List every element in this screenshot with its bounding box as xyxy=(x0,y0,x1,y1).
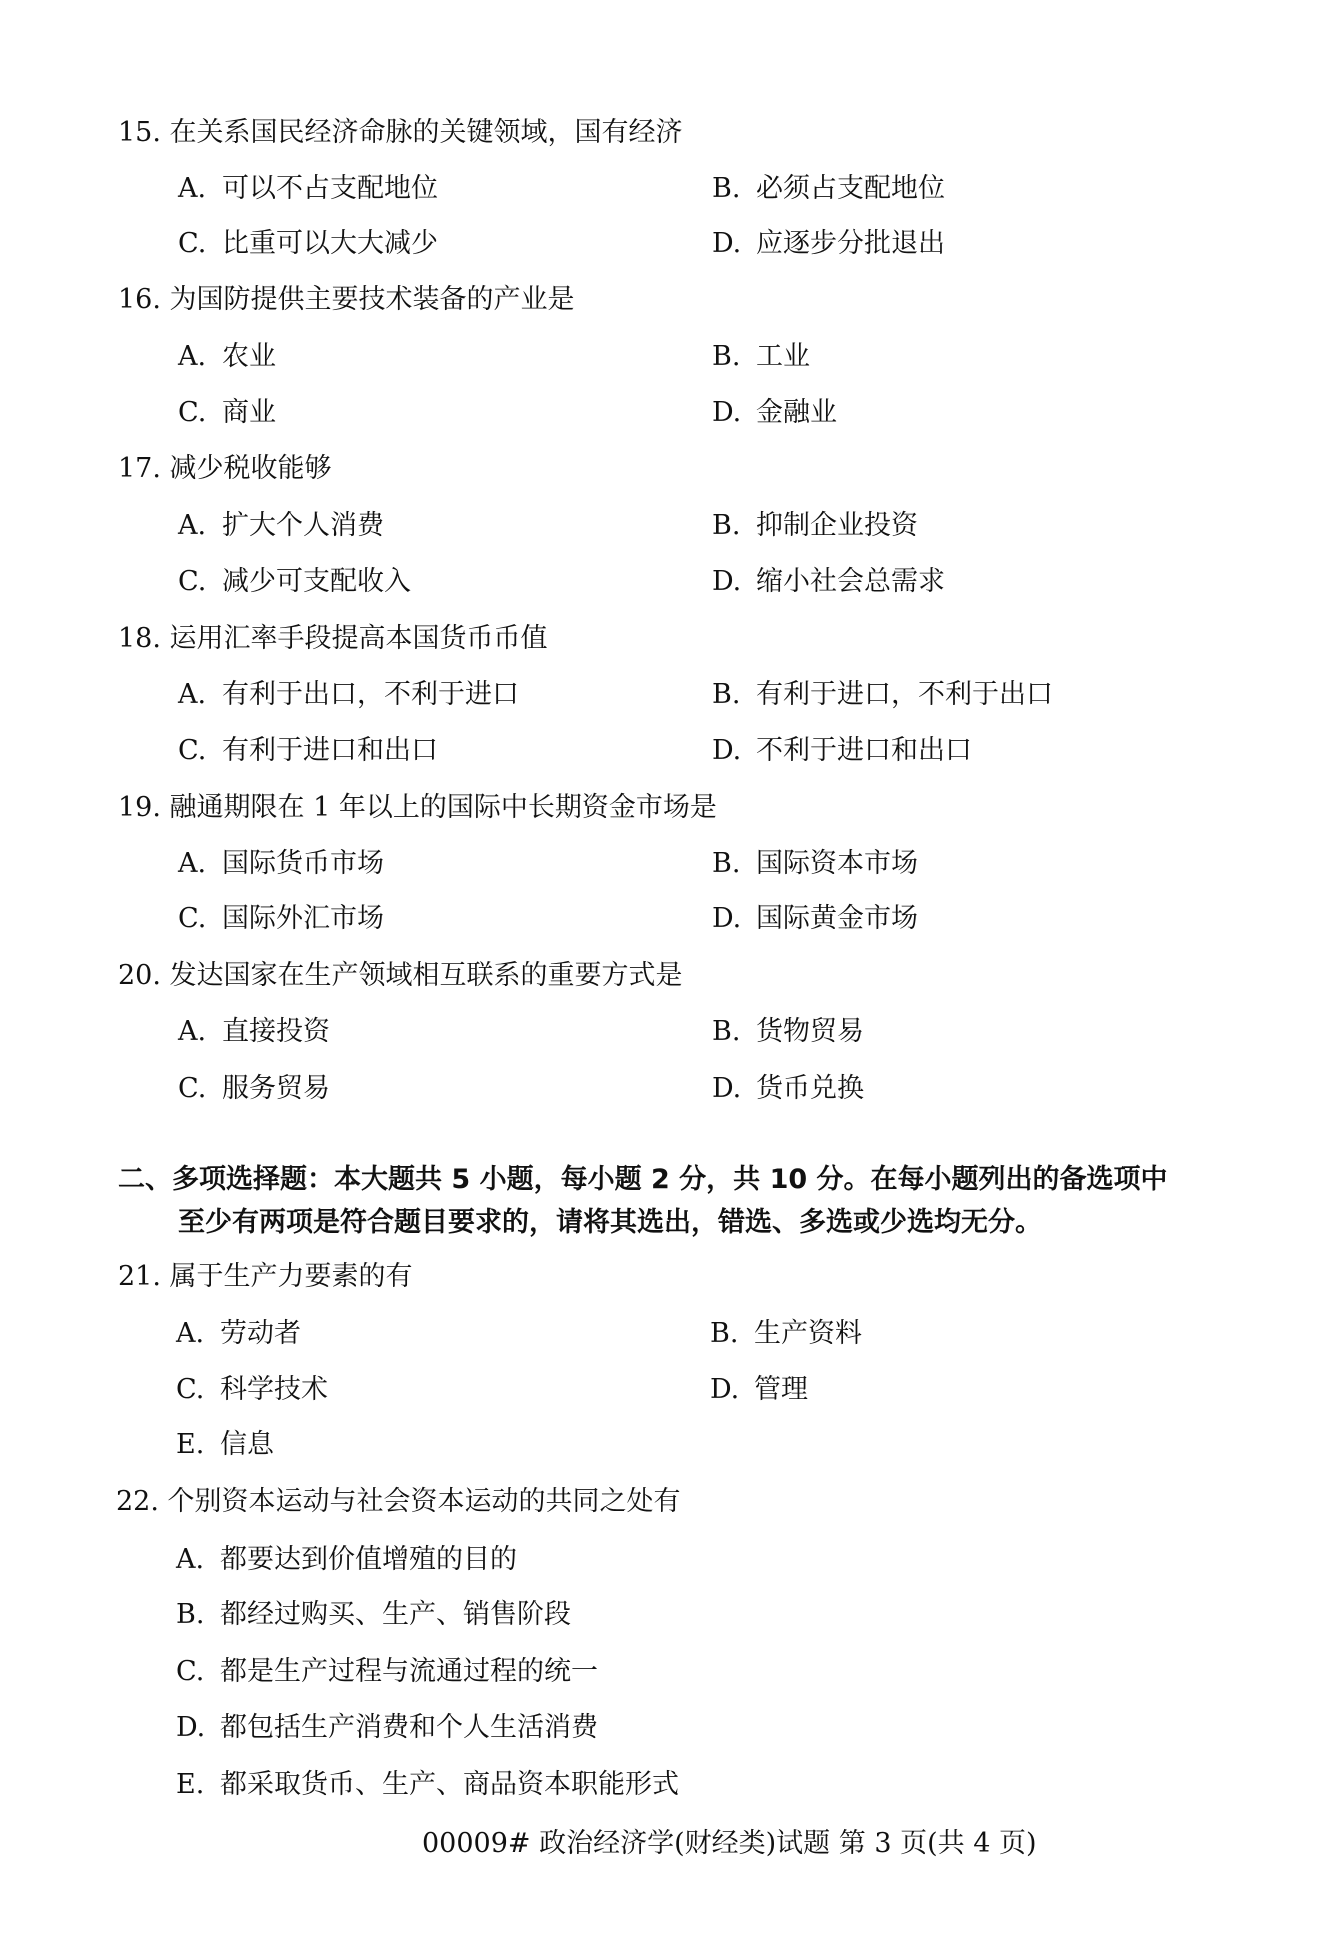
q15-option-b: B.必须占支配地位 xyxy=(712,172,945,206)
q16-option-b: B.工业 xyxy=(712,340,810,374)
option-text: 直接投资 xyxy=(222,1016,330,1047)
option-text: 科学技术 xyxy=(220,1374,328,1405)
option-label: D. xyxy=(712,734,756,768)
option-label: A. xyxy=(178,172,222,206)
option-label: D. xyxy=(712,396,756,430)
option-text: 减少可支配收入 xyxy=(222,566,411,597)
question-18-stem: 18. 运用汇率手段提高本国货币币值 xyxy=(118,622,548,656)
option-text: 必须占支配地位 xyxy=(756,173,945,204)
option-label: A. xyxy=(176,1317,220,1351)
q16-option-d: D.金融业 xyxy=(712,396,837,430)
option-text: 扩大个人消费 xyxy=(222,510,384,541)
option-label: E. xyxy=(176,1428,220,1462)
q21-option-e: E.信息 xyxy=(176,1428,274,1462)
option-label: D. xyxy=(712,902,756,936)
option-text: 商业 xyxy=(222,397,276,428)
q20-option-c: C.服务贸易 xyxy=(178,1072,330,1106)
option-text: 抑制企业投资 xyxy=(756,510,918,541)
q22-option-b: B.都经过购买、生产、销售阶段 xyxy=(176,1598,571,1632)
option-label: C. xyxy=(178,227,222,261)
q21-option-a: A.劳动者 xyxy=(176,1317,301,1351)
option-text: 都采取货币、生产、商品资本职能形式 xyxy=(220,1769,679,1800)
q15-option-c: C.比重可以大大减少 xyxy=(178,227,438,261)
q21-option-d: D.管理 xyxy=(710,1373,808,1407)
q19-option-a: A.国际货币市场 xyxy=(178,847,384,881)
option-text: 应逐步分批退出 xyxy=(756,228,945,259)
option-label: B. xyxy=(176,1598,220,1632)
question-15-stem: 15. 在关系国民经济命脉的关键领域，国有经济 xyxy=(118,116,683,150)
option-label: B. xyxy=(712,340,756,374)
option-label: B. xyxy=(712,678,756,712)
option-text: 都是生产过程与流通过程的统一 xyxy=(220,1656,598,1687)
option-text: 有利于出口，不利于进口 xyxy=(222,679,519,710)
option-label: A. xyxy=(176,1543,220,1577)
option-text: 都经过购买、生产、销售阶段 xyxy=(220,1599,571,1630)
option-label: B. xyxy=(712,172,756,206)
q16-option-a: A.农业 xyxy=(178,340,276,374)
q17-option-d: D.缩小社会总需求 xyxy=(712,565,945,599)
q17-option-b: B.抑制企业投资 xyxy=(712,509,918,543)
q18-option-d: D.不利于进口和出口 xyxy=(712,734,972,768)
q18-option-a: A.有利于出口，不利于进口 xyxy=(178,678,519,712)
q20-option-b: B.货物贸易 xyxy=(712,1015,864,1049)
option-label: C. xyxy=(176,1655,220,1689)
option-text: 农业 xyxy=(222,341,276,372)
q22-option-a: A.都要达到价值增殖的目的 xyxy=(176,1543,517,1577)
option-text: 国际黄金市场 xyxy=(756,903,918,934)
q22-option-d: D.都包括生产消费和个人生活消费 xyxy=(176,1711,598,1745)
question-22-stem: 22. 个别资本运动与社会资本运动的共同之处有 xyxy=(116,1485,681,1519)
page-footer: 00009# 政治经济学(财经类)试题 第 3 页(共 4 页) xyxy=(422,1827,1037,1861)
question-17-stem: 17. 减少税收能够 xyxy=(118,452,332,486)
option-text: 工业 xyxy=(756,341,810,372)
q15-option-d: D.应逐步分批退出 xyxy=(712,227,945,261)
option-label: D. xyxy=(710,1373,754,1407)
option-text: 国际外汇市场 xyxy=(222,903,384,934)
option-text: 缩小社会总需求 xyxy=(756,566,945,597)
option-label: B. xyxy=(712,1015,756,1049)
question-21-stem: 21. 属于生产力要素的有 xyxy=(118,1260,413,1294)
option-text: 劳动者 xyxy=(220,1318,301,1349)
section-heading-line2: 至少有两项是符合题目要求的，请将其选出，错选、多选或少选均无分。 xyxy=(178,1206,1042,1240)
option-text: 货币兑换 xyxy=(756,1073,864,1104)
q19-option-b: B.国际资本市场 xyxy=(712,847,918,881)
option-label: D. xyxy=(712,227,756,261)
q20-option-a: A.直接投资 xyxy=(178,1015,330,1049)
question-19-stem: 19. 融通期限在 1 年以上的国际中长期资金市场是 xyxy=(118,791,717,825)
option-label: A. xyxy=(178,1015,222,1049)
question-number: 17. xyxy=(118,453,161,484)
q19-option-c: C.国际外汇市场 xyxy=(178,902,384,936)
option-label: A. xyxy=(178,847,222,881)
option-text: 信息 xyxy=(220,1429,274,1460)
option-label: A. xyxy=(178,678,222,712)
option-label: B. xyxy=(712,509,756,543)
question-text: 减少税收能够 xyxy=(170,453,332,484)
q22-option-c: C.都是生产过程与流通过程的统一 xyxy=(176,1655,598,1689)
question-text: 属于生产力要素的有 xyxy=(170,1261,413,1292)
question-number: 15. xyxy=(118,117,161,148)
option-label: D. xyxy=(712,565,756,599)
option-text: 生产资料 xyxy=(754,1318,862,1349)
section-heading-line1: 二、多项选择题：本大题共 5 小题，每小题 2 分，共 10 分。在每小题列出的… xyxy=(118,1163,1168,1197)
option-text: 金融业 xyxy=(756,397,837,428)
option-text: 有利于进口和出口 xyxy=(222,735,438,766)
q17-option-c: C.减少可支配收入 xyxy=(178,565,411,599)
question-16-stem: 16. 为国防提供主要技术装备的产业是 xyxy=(118,283,575,317)
option-text: 不利于进口和出口 xyxy=(756,735,972,766)
question-text: 个别资本运动与社会资本运动的共同之处有 xyxy=(168,1486,681,1517)
q20-option-d: D.货币兑换 xyxy=(712,1072,864,1106)
q17-option-a: A.扩大个人消费 xyxy=(178,509,384,543)
q21-option-c: C.科学技术 xyxy=(176,1373,328,1407)
option-label: C. xyxy=(178,902,222,936)
option-text: 都要达到价值增殖的目的 xyxy=(220,1544,517,1575)
option-text: 服务贸易 xyxy=(222,1073,330,1104)
option-label: C. xyxy=(178,1072,222,1106)
option-text: 国际货币市场 xyxy=(222,848,384,879)
option-label: C. xyxy=(178,734,222,768)
option-label: C. xyxy=(178,565,222,599)
question-number: 20. xyxy=(118,960,161,991)
option-text: 可以不占支配地位 xyxy=(222,173,438,204)
option-label: C. xyxy=(178,396,222,430)
q16-option-c: C.商业 xyxy=(178,396,276,430)
question-20-stem: 20. 发达国家在生产领域相互联系的重要方式是 xyxy=(118,959,683,993)
option-text: 比重可以大大减少 xyxy=(222,228,438,259)
question-text: 发达国家在生产领域相互联系的重要方式是 xyxy=(170,960,683,991)
q22-option-e: E.都采取货币、生产、商品资本职能形式 xyxy=(176,1768,679,1802)
q18-option-c: C.有利于进口和出口 xyxy=(178,734,438,768)
q21-option-b: B.生产资料 xyxy=(710,1317,862,1351)
question-number: 16. xyxy=(118,284,161,315)
option-label: B. xyxy=(710,1317,754,1351)
option-label: A. xyxy=(178,509,222,543)
option-label: E. xyxy=(176,1768,220,1802)
question-number: 18. xyxy=(118,623,161,654)
question-number: 22. xyxy=(116,1486,159,1517)
option-label: B. xyxy=(712,847,756,881)
option-label: D. xyxy=(712,1072,756,1106)
option-text: 都包括生产消费和个人生活消费 xyxy=(220,1712,598,1743)
question-text: 为国防提供主要技术装备的产业是 xyxy=(170,284,575,315)
option-text: 有利于进口，不利于出口 xyxy=(756,679,1053,710)
option-label: C. xyxy=(176,1373,220,1407)
option-label: D. xyxy=(176,1711,220,1745)
option-text: 管理 xyxy=(754,1374,808,1405)
option-text: 货物贸易 xyxy=(756,1016,864,1047)
question-text: 融通期限在 1 年以上的国际中长期资金市场是 xyxy=(170,792,717,823)
option-text: 国际资本市场 xyxy=(756,848,918,879)
question-number: 21. xyxy=(118,1261,161,1292)
q18-option-b: B.有利于进口，不利于出口 xyxy=(712,678,1053,712)
question-text: 在关系国民经济命脉的关键领域，国有经济 xyxy=(170,117,683,148)
question-number: 19. xyxy=(118,792,161,823)
option-label: A. xyxy=(178,340,222,374)
q19-option-d: D.国际黄金市场 xyxy=(712,902,918,936)
question-text: 运用汇率手段提高本国货币币值 xyxy=(170,623,548,654)
q15-option-a: A.可以不占支配地位 xyxy=(178,172,438,206)
